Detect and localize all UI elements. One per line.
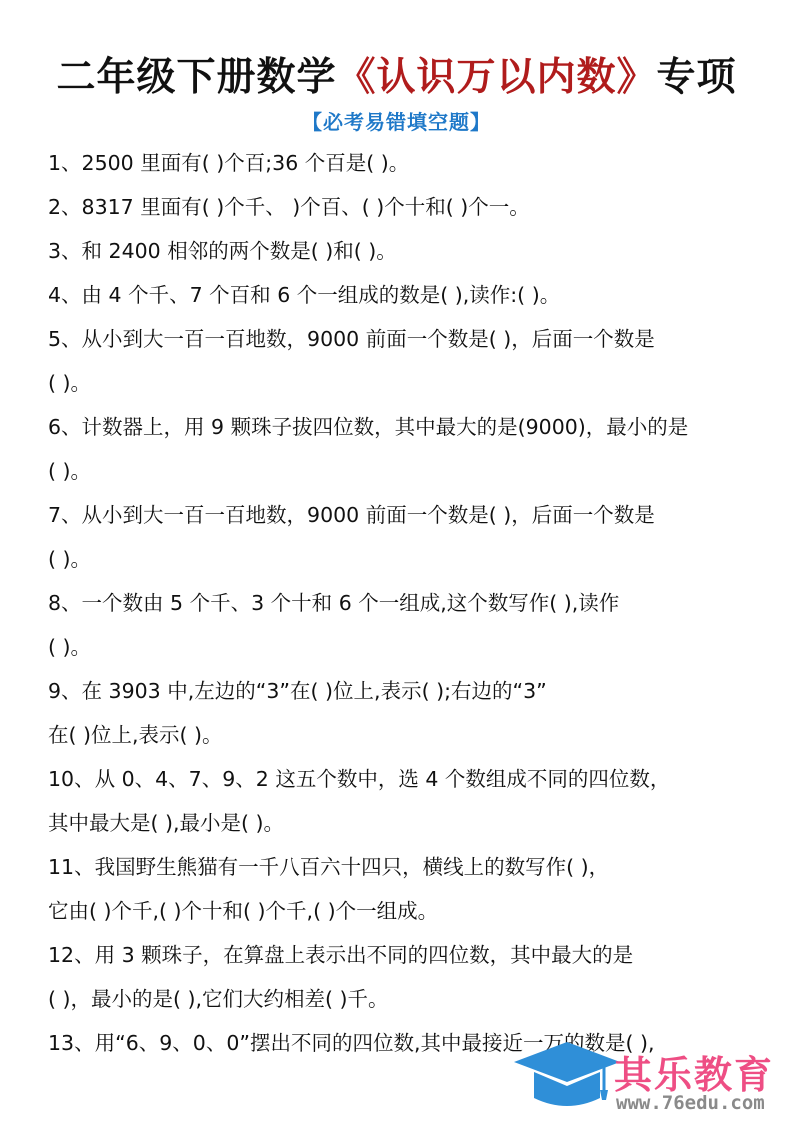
question-12-line-2: ( )，最小的是( ),它们大约相差( )千。: [48, 977, 758, 1021]
graduation-cap-icon: [512, 1040, 622, 1110]
question-1-line-1: 1、2500 里面有( )个百;36 个百是( )。: [48, 141, 758, 185]
question-3-line-1: 3、和 2400 相邻的两个数是( )和( )。: [48, 229, 758, 273]
title-prefix: 二年级下册数学: [56, 55, 336, 100]
question-10-line-1: 10、从 0、4、7、9、2 这五个数中，选 4 个数组成不同的四位数，: [48, 757, 758, 801]
question-8-line-1: 8、一个数由 5 个千、3 个十和 6 个一组成,这个数写作( ),读作: [48, 581, 758, 625]
title-highlight: 《认识万以内数》: [336, 55, 656, 100]
question-10-line-2: 其中最大是( ),最小是( )。: [48, 801, 758, 845]
question-9-line-2: 在( )位上,表示( )。: [48, 713, 758, 757]
page-subtitle: 【必考易错填空题】: [0, 106, 793, 135]
watermark-url: www.76edu.com: [616, 1092, 765, 1114]
question-7-line-2: ( )。: [48, 537, 758, 581]
question-4-line-1: 4、由 4 个千、7 个百和 6 个一组成的数是( ),读作:( )。: [48, 273, 758, 317]
question-7-line-1: 7、从小到大一百一百地数，9000 前面一个数是( )，后面一个数是: [48, 493, 758, 537]
question-2-line-1: 2、8317 里面有( )个千、 )个百、( )个十和( )个一。: [48, 185, 758, 229]
question-11-line-1: 11、我国野生熊猫有一千八百六十四只，横线上的数写作( )，: [48, 845, 758, 889]
question-5-line-2: ( )。: [48, 361, 758, 405]
question-12-line-1: 12、用 3 颗珠子，在算盘上表示出不同的四位数，其中最大的是: [48, 933, 758, 977]
watermark-brand: 其乐教育: [614, 1044, 774, 1099]
title-suffix: 专项: [657, 55, 737, 100]
page-title: 二年级下册数学《认识万以内数》专项: [0, 46, 793, 102]
question-8-line-2: ( )。: [48, 625, 758, 669]
question-6-line-2: ( )。: [48, 449, 758, 493]
question-5-line-1: 5、从小到大一百一百地数，9000 前面一个数是( )，后面一个数是: [48, 317, 758, 361]
question-6-line-1: 6、计数器上，用 9 颗珠子拔四位数，其中最大的是(9000)，最小的是: [48, 405, 758, 449]
question-11-line-2: 它由( )个千,( )个十和( )个千,( )个一组成。: [48, 889, 758, 933]
question-9-line-1: 9、在 3903 中,左边的“3”在( )位上,表示( );右边的“3”: [48, 669, 758, 713]
